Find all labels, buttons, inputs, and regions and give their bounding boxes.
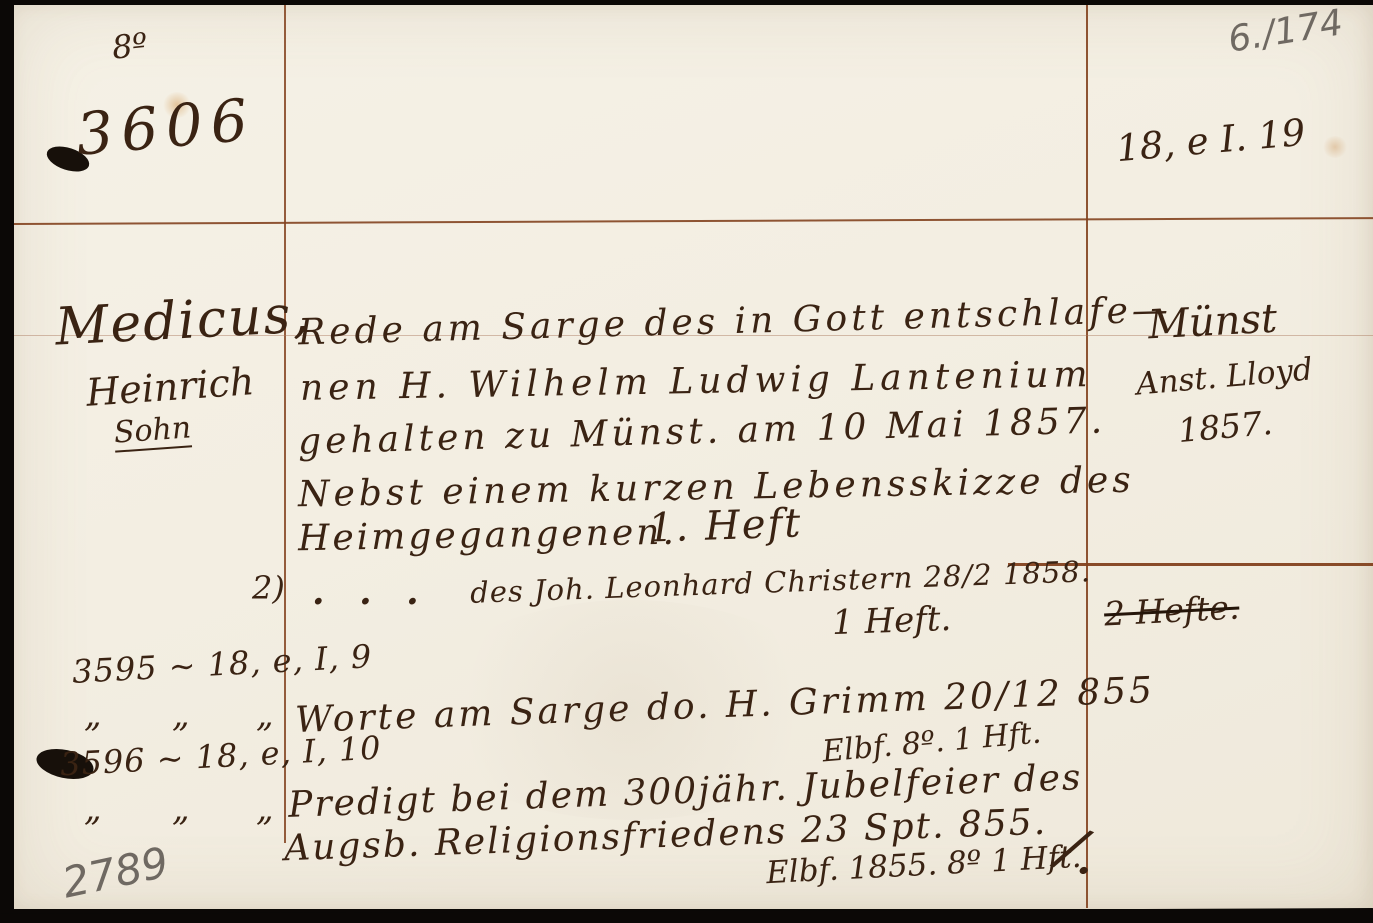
- struck-volume-note: 2 Hefte.: [1103, 590, 1240, 630]
- author-relation: Sohn: [113, 413, 192, 452]
- paper-stain: [1322, 136, 1348, 158]
- ditto-mark: „: [84, 698, 102, 732]
- volume-note-entry1: 1. Heft: [647, 503, 803, 548]
- entry2-volume-note: 1 Heft.: [831, 602, 951, 640]
- ditto-mark: „: [256, 698, 274, 732]
- author-forename: Heinrich: [85, 362, 256, 412]
- imprint-year: 1857.: [1177, 406, 1274, 447]
- entry2-ellipsis: . . .: [312, 574, 419, 610]
- ditto-mark: „: [172, 698, 190, 732]
- entry2-prefix: 2): [252, 572, 285, 604]
- imprint-place: Münst: [1147, 299, 1278, 346]
- ditto-mark: „: [172, 792, 190, 826]
- author-surname: Medicus,: [54, 288, 312, 353]
- format-mark: 8º: [110, 28, 149, 64]
- photo-edge-bottom: [0, 908, 1373, 923]
- card-number: 3606: [74, 90, 258, 163]
- catalog-card-photo: 8º 3606 6./174 18, e I. 19 Medicus, Hein…: [0, 0, 1373, 923]
- ditto-mark: „: [84, 792, 102, 826]
- rule-vertical-right: [1086, 5, 1088, 908]
- title-line-5: Heimgegangenen.: [298, 515, 677, 558]
- photo-edge-left: [0, 0, 14, 923]
- rule-vertical-left: [284, 5, 286, 843]
- photo-edge-top: [0, 0, 1373, 5]
- ditto-mark: „: [256, 792, 274, 826]
